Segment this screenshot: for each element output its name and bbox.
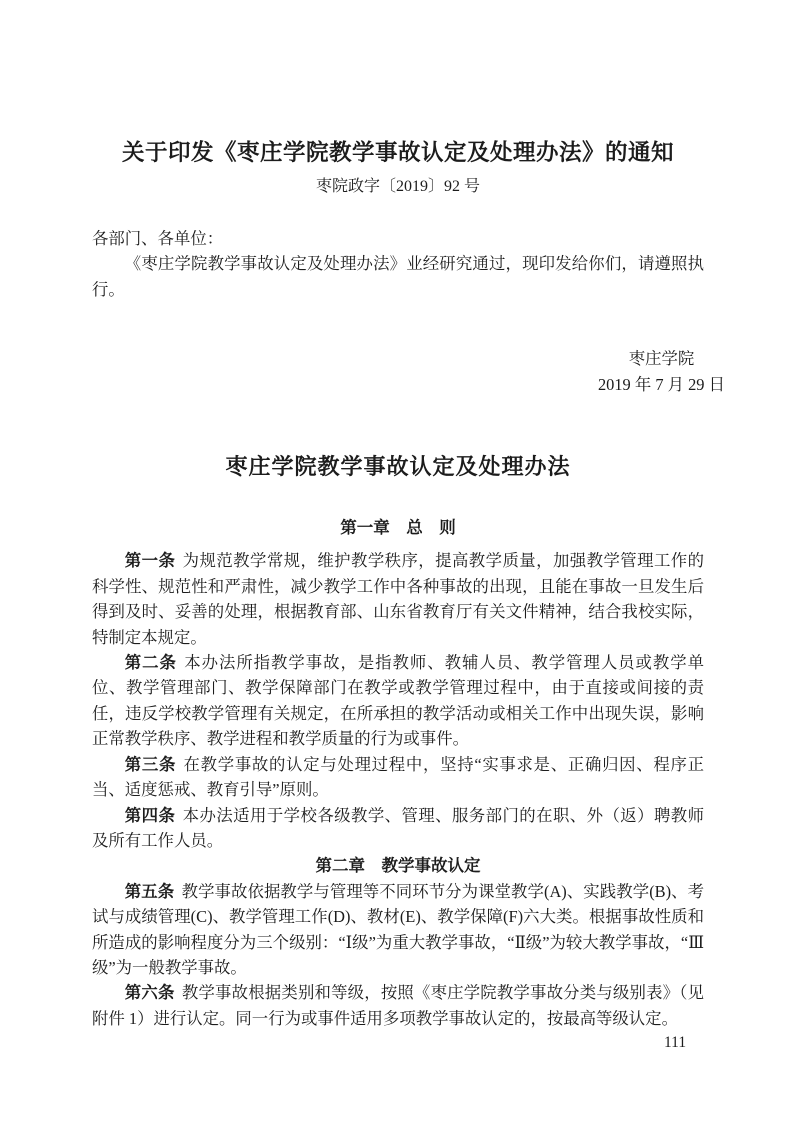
chapter-1-heading: 第一章 总 则 — [92, 515, 704, 540]
article-2-text: 本办法所指教学事故，是指教师、教辅人员、教学管理人员或教学单位、教学管理部门、教… — [92, 653, 704, 748]
signature-inner: 枣庄学院 2019 年 7 月 29 日 — [598, 346, 725, 397]
article-2: 第二条本办法所指教学事故，是指教师、教辅人员、教学管理人员或教学单位、教学管理部… — [92, 650, 704, 752]
signature-name: 枣庄学院 — [598, 346, 725, 371]
chapter-2-heading: 第二章 教学事故认定 — [92, 853, 704, 878]
article-5-text: 教学事故依据教学与管理等不同环节分为课堂教学(A)、实践教学(B)、考试与成绩管… — [92, 882, 704, 977]
notice-body-paragraph: 《枣庄学院教学事故认定及处理办法》业经研究通过，现印发给你们，请遵照执行。 — [92, 251, 704, 302]
article-6: 第六条教学事故根据类别和等级，按照《枣庄学院教学事故分类与级别表》（见附件 1）… — [92, 980, 704, 1031]
document-page: 关于印发《枣庄学院教学事故认定及处理办法》的通知 枣院政字〔2019〕92 号 … — [0, 0, 795, 1124]
article-3-label: 第三条 — [125, 755, 176, 774]
article-4-label: 第四条 — [125, 806, 176, 825]
chapter-2-articles: 第五条教学事故依据教学与管理等不同环节分为课堂教学(A)、实践教学(B)、考试与… — [92, 879, 704, 1031]
article-6-label: 第六条 — [125, 983, 175, 1002]
article-4: 第四条本办法适用于学校各级教学、管理、服务部门的在职、外（返）聘教师及所有工作人… — [92, 803, 704, 854]
article-5: 第五条教学事故依据教学与管理等不同环节分为课堂教学(A)、实践教学(B)、考试与… — [92, 879, 704, 981]
regulation-title: 枣庄学院教学事故认定及处理办法 — [92, 451, 704, 483]
article-1: 第一条为规范教学常规，维护教学秩序，提高教学质量，加强教学管理工作的科学性、规范… — [92, 548, 704, 650]
article-6-text: 教学事故根据类别和等级，按照《枣庄学院教学事故分类与级别表》（见附件 1）进行认… — [92, 983, 704, 1027]
chapter-1-articles: 第一条为规范教学常规，维护教学秩序，提高教学质量，加强教学管理工作的科学性、规范… — [92, 548, 704, 853]
signature-block: 枣庄学院 2019 年 7 月 29 日 — [92, 346, 725, 397]
notice-salutation: 各部门、各单位： — [92, 226, 704, 251]
article-3-text: 在教学事故的认定与处理过程中，坚持“实事求是、正确归因、程序正当、适度惩戒、教育… — [92, 755, 704, 799]
article-1-text: 为规范教学常规，维护教学秩序，提高教学质量，加强教学管理工作的科学性、规范性和严… — [92, 551, 704, 646]
signature-date: 2019 年 7 月 29 日 — [598, 372, 725, 397]
article-4-text: 本办法适用于学校各级教学、管理、服务部门的在职、外（返）聘教师及所有工作人员。 — [92, 806, 704, 850]
article-3: 第三条在教学事故的认定与处理过程中，坚持“实事求是、正确归因、程序正当、适度惩戒… — [92, 752, 704, 803]
article-1-label: 第一条 — [125, 551, 176, 570]
notice-title: 关于印发《枣庄学院教学事故认定及处理办法》的通知 — [92, 138, 704, 168]
article-2-label: 第二条 — [125, 653, 177, 672]
article-5-label: 第五条 — [125, 882, 174, 901]
page-number: 111 — [664, 1033, 686, 1053]
notice-doc-number: 枣院政字〔2019〕92 号 — [92, 176, 704, 198]
